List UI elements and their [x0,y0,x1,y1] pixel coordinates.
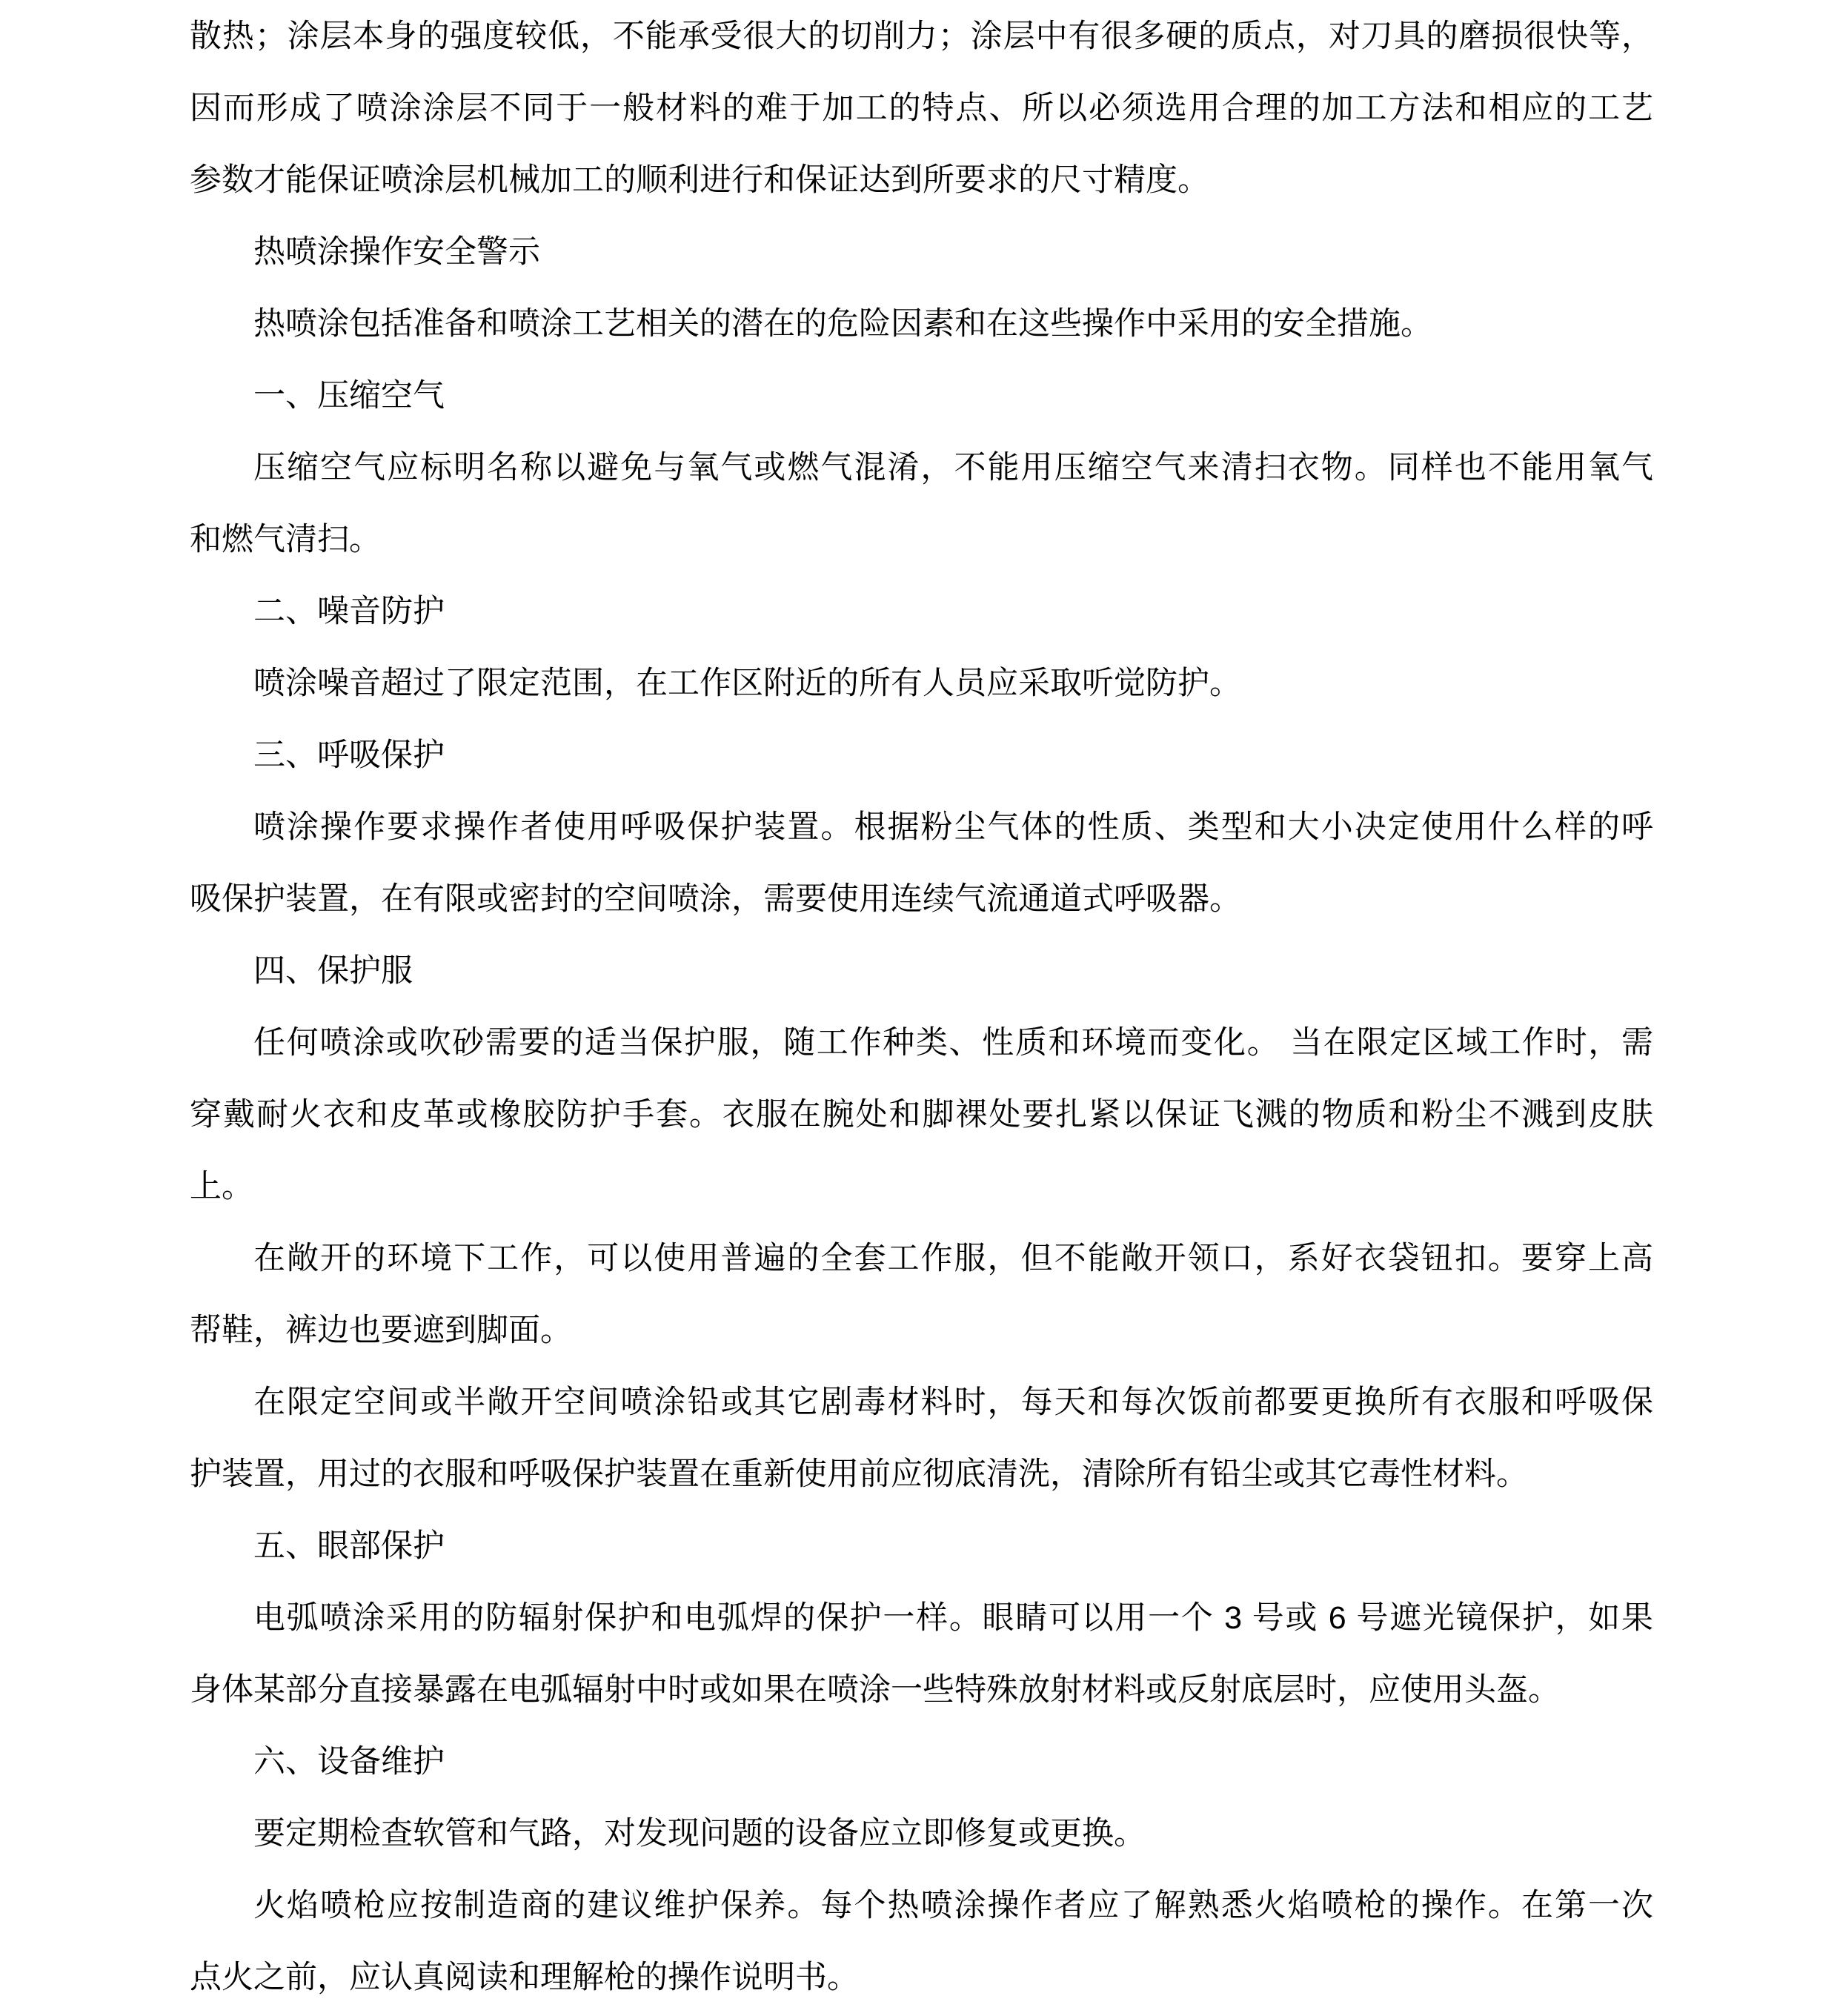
list-heading: 六、设备维护 [190,1726,1653,1798]
text-line: 任何喷涂或吹砂需要的适当保护服，随工作种类、性质和环境而变化。 当在限定区域工作… [190,1007,1653,1079]
text-line: 喷涂操作要求操作者使用呼吸保护装置。根据粉尘气体的性质、类型和大小决定使用什么样… [190,792,1653,863]
text-line: 点火之前，应认真阅读和理解枪的操作说明书。 [190,1942,1653,2014]
text-line: 要定期检查软管和气路，对发现问题的设备应立即修复或更换。 [190,1798,1653,1870]
text-line: 身体某部分直接暴露在电弧辐射中时或如果在喷涂一些特殊放射材料或反射底层时，应使用… [190,1654,1653,1726]
text-line: 电弧喷涂采用的防辐射保护和电弧焊的保护一样。眼睛可以用一个 3 号或 6 号遮光… [190,1582,1653,1654]
text-line: 穿戴耐火衣和皮革或橡胶防护手套。衣服在腕处和脚裸处要扎紧以保证飞溅的物质和粉尘不… [190,1079,1653,1151]
list-heading: 二、噪音防护 [190,576,1653,648]
document-page: 散热；涂层本身的强度较低，不能承受很大的切削力；涂层中有很多硬的质点，对刀具的磨… [0,0,1837,2016]
text-line: 在限定空间或半敞开空间喷涂铅或其它剧毒材料时，每天和每次饭前都要更换所有衣服和呼… [190,1367,1653,1439]
list-heading: 一、压缩空气 [190,360,1653,432]
list-heading: 三、呼吸保护 [190,720,1653,792]
text-line: 压缩空气应标明名称以避免与氧气或燃气混淆，不能用压缩空气来清扫衣物。同样也不能用… [190,432,1653,504]
text-line: 参数才能保证喷涂层机械加工的顺利进行和保证达到所要求的尺寸精度。 [190,145,1653,216]
text-line: 和燃气清扫。 [190,504,1653,576]
text-line: 喷涂噪音超过了限定范围，在工作区附近的所有人员应采取听觉防护。 [190,648,1653,720]
text-line: 护装置，用过的衣服和呼吸保护装置在重新使用前应彻底清洗，清除所有铅尘或其它毒性材… [190,1439,1653,1511]
text-line: 上。 [190,1151,1653,1223]
text-line: 吸保护装置，在有限或密封的空间喷涂，需要使用连续气流通道式呼吸器。 [190,863,1653,935]
text-line: 在敞开的环境下工作，可以使用普遍的全套工作服，但不能敞开领口，系好衣袋钮扣。要穿… [190,1223,1653,1295]
list-heading: 五、眼部保护 [190,1511,1653,1582]
text-line: 散热；涂层本身的强度较低，不能承受很大的切削力；涂层中有很多硬的质点，对刀具的磨… [190,1,1653,73]
text-line: 火焰喷枪应按制造商的建议维护保养。每个热喷涂操作者应了解熟悉火焰喷枪的操作。在第… [190,1870,1653,1942]
list-heading: 四、保护服 [190,935,1653,1007]
text-line: 热喷涂包括准备和喷涂工艺相关的潜在的危险因素和在这些操作中采用的安全措施。 [190,288,1653,360]
text-line: 帮鞋，裤边也要遮到脚面。 [190,1295,1653,1367]
text-line: 因而形成了喷涂涂层不同于一般材料的难于加工的特点、所以必须选用合理的加工方法和相… [190,73,1653,145]
section-heading: 热喷涂操作安全警示 [190,216,1653,288]
